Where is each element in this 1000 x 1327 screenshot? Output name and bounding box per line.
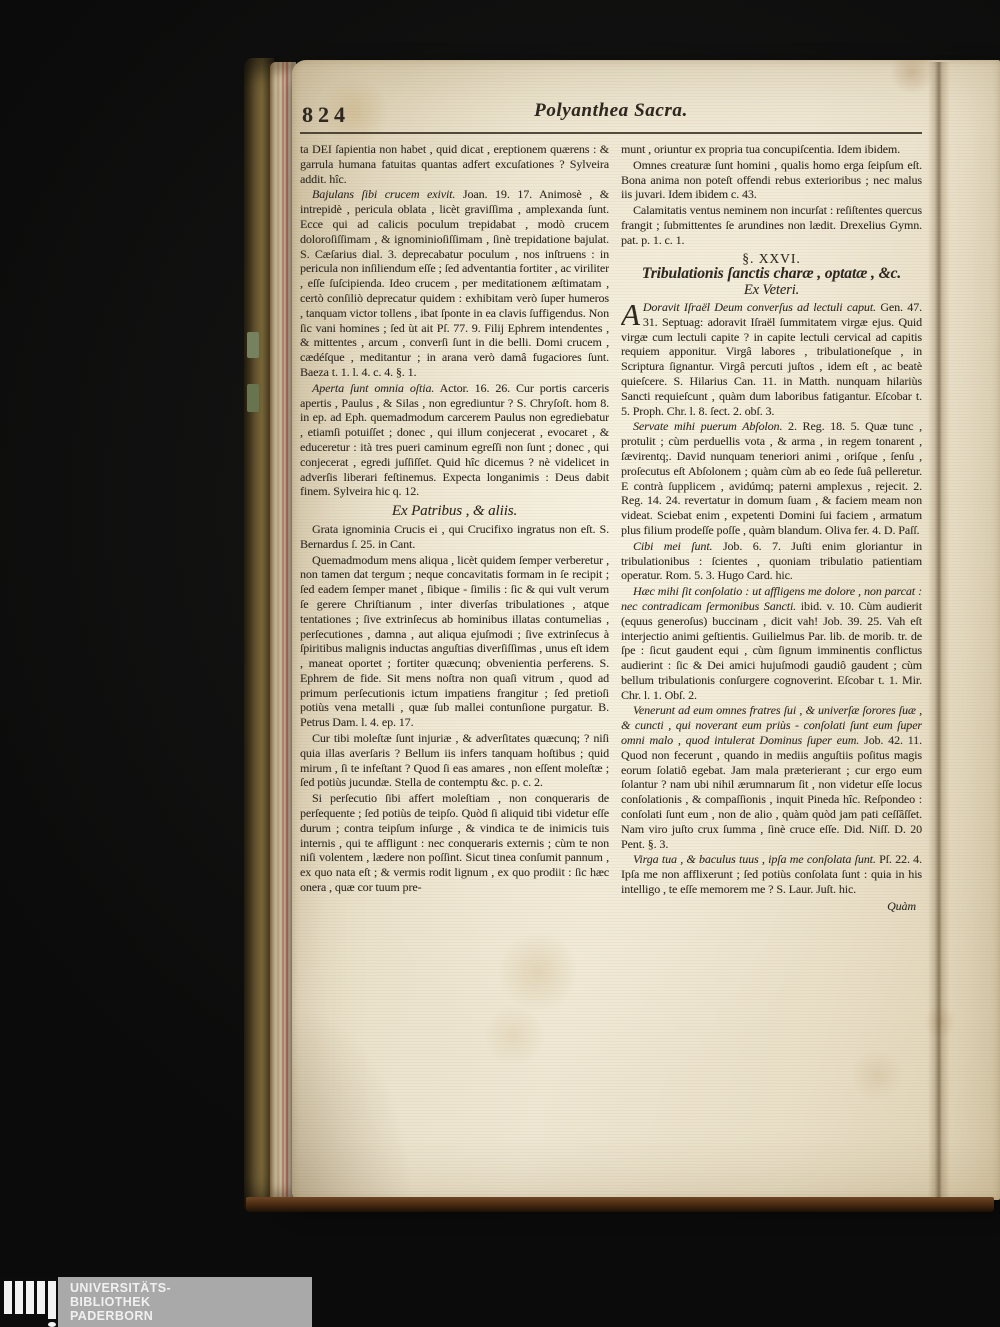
paragraph-left-4: Grata ignominia Crucis ei , qui Crucifix…	[300, 522, 609, 552]
spine-tab	[247, 384, 259, 412]
paragraph-right-9: Virga tua , & baculus tuus , ipſa me con…	[621, 852, 922, 896]
paragraph-left-5: Quemadmodum mens aliqua , licèt quidem ſ…	[300, 553, 609, 731]
column-left: ta DEI ſapientia non habet , quid dicat …	[300, 142, 609, 1110]
paragraph-left-1: ta DEI ſapientia non habet , quid dicat …	[300, 142, 609, 186]
drop-cap: A	[621, 300, 643, 328]
library-logo: UNIVERSITÄTS- BIBLIOTHEK PADERBORN	[0, 1277, 312, 1327]
section-subtitle: Ex Veteri.	[621, 283, 922, 298]
library-name-line2: BIBLIOTHEK	[70, 1295, 171, 1309]
spine-tab	[247, 332, 259, 358]
paragraph-right-5: Servate mihi puerum Abſolon. 2. Reg. 18.…	[621, 419, 922, 537]
section-title: Tribulationis ſanctis charæ , optatæ , &…	[621, 267, 922, 282]
paragraph-left-2: Bajulans ſibi crucem exivit. Joan. 19. 1…	[300, 187, 609, 379]
paragraph-right-3: Calamitatis ventus neminem non incurſat …	[621, 203, 922, 247]
library-name-line3: PADERBORN	[70, 1309, 171, 1323]
column-right: munt , oriuntur ex propria tua concupiſc…	[621, 142, 922, 1127]
paragraph-right-6: Cibi mei ſunt. Job. 6. 7. Juſti enim glo…	[621, 539, 922, 583]
digitized-book-scan: { "header": { "page_number": "824", "run…	[0, 0, 1000, 1327]
paragraph-left-7: Si perſecutio ſibi affert moleſtiam , no…	[300, 791, 609, 895]
library-name-line1: UNIVERSITÄTS-	[70, 1281, 171, 1295]
header-rule	[300, 132, 922, 134]
paragraph-right-8: Venerunt ad eum omnes fratres ſui , & un…	[621, 703, 922, 851]
paragraph-left-6: Cur tibi moleſtæ ſunt injuriæ , & adverſ…	[300, 731, 609, 790]
subsection-heading: Ex Patribus , & aliis.	[300, 504, 609, 519]
paragraph-right-4: ADoravit Iſraël Deum converſus ad lectul…	[621, 300, 922, 418]
library-logo-bars-icon	[0, 1277, 58, 1327]
book-photograph: 824 Polyanthea Sacra. ta DEI ſapientia n…	[0, 0, 1000, 1327]
book-bottom-edge	[246, 1197, 994, 1212]
paragraph-right-1: munt , oriuntur ex propria tua concupiſc…	[621, 142, 922, 157]
paragraph-right-2: Omnes creaturæ ſunt homini , qualis homo…	[621, 158, 922, 202]
paragraph-right-7: Hæc mihi ſit conſolatio : ut affligens m…	[621, 584, 922, 702]
section-number: §. XXVI.	[621, 252, 922, 267]
library-logo-text: UNIVERSITÄTS- BIBLIOTHEK PADERBORN	[70, 1281, 171, 1323]
paragraph-left-3: Aperta ſunt omnia oſtia. Actor. 16. 26. …	[300, 381, 609, 499]
running-title: Polyanthea Sacra.	[300, 100, 922, 122]
catchword: Quàm	[621, 899, 922, 914]
